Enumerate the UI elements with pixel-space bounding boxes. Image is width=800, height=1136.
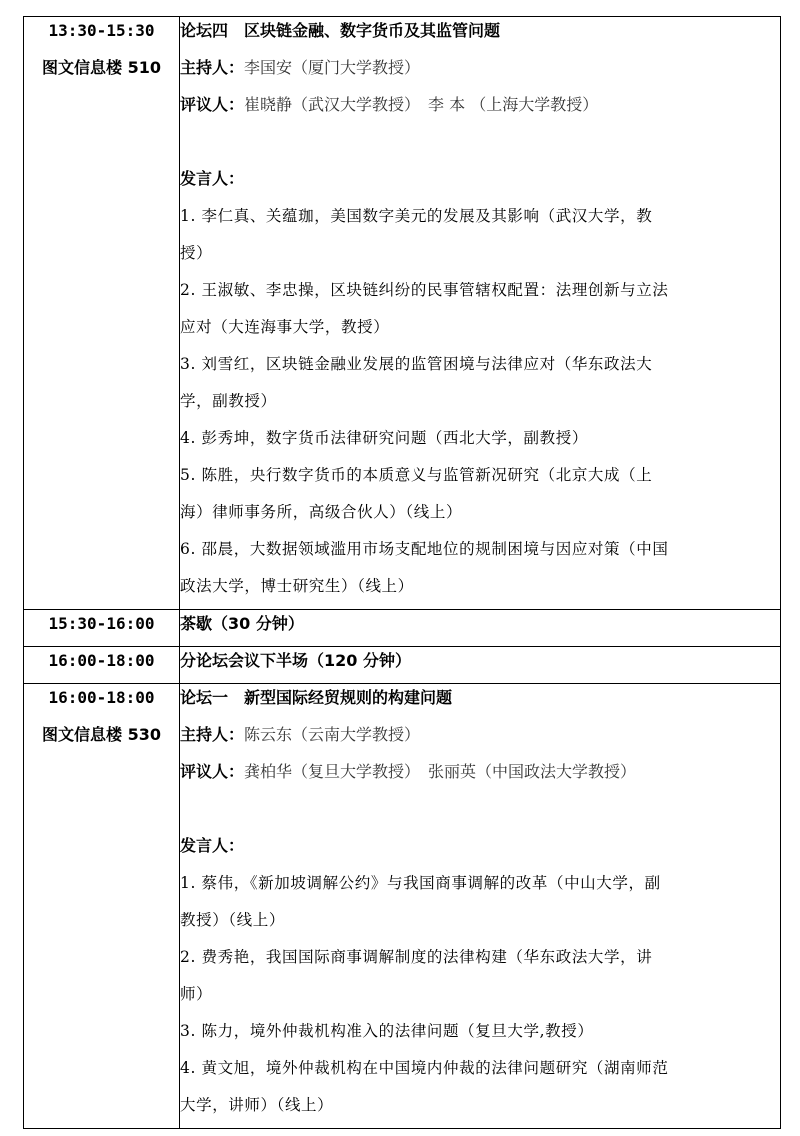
break-row-tea: 15:30-16:00 茶歇（30 分钟） bbox=[24, 610, 781, 647]
speaker-line: 3. 刘雪红，区块链金融业发展的监管困境与法律应对（华东政法大 bbox=[180, 350, 780, 387]
session-content-cell: 论坛一 新型国际经贸规则的构建问题 主持人：陈云东（云南大学教授） 评议人：龚柏… bbox=[180, 684, 781, 1129]
reviewer-names: 崔晓静（武汉大学教授） 李 本 （上海大学教授） bbox=[244, 95, 598, 114]
reviewer-line: 评议人：崔晓静（武汉大学教授） 李 本 （上海大学教授） bbox=[180, 91, 780, 128]
break-label-cell: 分论坛会议下半场（120 分钟） bbox=[180, 647, 781, 684]
speaker-line: 学，副教授） bbox=[180, 387, 780, 424]
session-time-cell: 13:30-15:30 图文信息楼 510 bbox=[24, 17, 180, 610]
conference-schedule-table: 13:30-15:30 图文信息楼 510 论坛四 区块链金融、数字货币及其监管… bbox=[23, 16, 781, 1129]
forum-title: 论坛一 新型国际经贸规则的构建问题 bbox=[180, 684, 780, 721]
host-label: 主持人： bbox=[180, 58, 244, 77]
break-time: 16:00-18:00 bbox=[24, 647, 179, 683]
speaker-line: 大学，讲师）（线上） bbox=[180, 1091, 780, 1128]
session-time-cell: 16:00-18:00 图文信息楼 530 bbox=[24, 684, 180, 1129]
host-line: 主持人：李国安（厦门大学教授） bbox=[180, 54, 780, 91]
speaker-line: 5. 陈胜，央行数字货币的本质意义与监管新况研究（北京大成（上 bbox=[180, 461, 780, 498]
break-time-cell: 16:00-18:00 bbox=[24, 647, 180, 684]
speaker-line: 4. 彭秀坤，数字货币法律研究问题（西北大学，副教授） bbox=[180, 424, 780, 461]
speakers-label: 发言人： bbox=[180, 832, 780, 869]
break-label: 分论坛会议下半场（120 分钟） bbox=[180, 647, 780, 683]
session-row-forum-1: 16:00-18:00 图文信息楼 530 论坛一 新型国际经贸规则的构建问题 … bbox=[24, 684, 781, 1129]
session-room: 图文信息楼 510 bbox=[24, 54, 179, 91]
speaker-line: 师） bbox=[180, 980, 780, 1017]
break-time: 15:30-16:00 bbox=[24, 610, 179, 646]
speaker-line: 授） bbox=[180, 239, 780, 276]
speakers-label: 发言人： bbox=[180, 165, 780, 202]
speaker-line: 2. 费秀艳，我国国际商事调解制度的法律构建（华东政法大学，讲 bbox=[180, 943, 780, 980]
break-row-second-half: 16:00-18:00 分论坛会议下半场（120 分钟） bbox=[24, 647, 781, 684]
break-label-cell: 茶歇（30 分钟） bbox=[180, 610, 781, 647]
forum-title: 论坛四 区块链金融、数字货币及其监管问题 bbox=[180, 17, 780, 54]
speaker-line: 6. 邵晨，大数据领域滥用市场支配地位的规制困境与因应对策（中国 bbox=[180, 535, 780, 572]
host-name: 李国安（厦门大学教授） bbox=[244, 58, 420, 77]
break-label: 茶歇（30 分钟） bbox=[180, 610, 780, 646]
reviewer-names: 龚柏华（复旦大学教授） 张丽英（中国政法大学教授） bbox=[244, 762, 636, 781]
reviewer-label: 评议人： bbox=[180, 95, 244, 114]
reviewer-line: 评议人：龚柏华（复旦大学教授） 张丽英（中国政法大学教授） bbox=[180, 758, 780, 795]
speaker-line: 政法大学，博士研究生）（线上） bbox=[180, 572, 780, 609]
session-time: 13:30-15:30 bbox=[24, 17, 179, 54]
session-time: 16:00-18:00 bbox=[24, 684, 179, 721]
break-time-cell: 15:30-16:00 bbox=[24, 610, 180, 647]
spacer bbox=[180, 128, 780, 165]
speaker-line: 1. 李仁真、关蕴珈，美国数字美元的发展及其影响（武汉大学，教 bbox=[180, 202, 780, 239]
speaker-line: 4. 黄文旭，境外仲裁机构在中国境内仲裁的法律问题研究（湖南师范 bbox=[180, 1054, 780, 1091]
speaker-line: 2. 王淑敏、李忠操，区块链纠纷的民事管辖权配置：法理创新与立法 bbox=[180, 276, 780, 313]
session-row-forum-4: 13:30-15:30 图文信息楼 510 论坛四 区块链金融、数字货币及其监管… bbox=[24, 17, 781, 610]
speaker-line: 教授）（线上） bbox=[180, 906, 780, 943]
spacer bbox=[180, 795, 780, 832]
host-line: 主持人：陈云东（云南大学教授） bbox=[180, 721, 780, 758]
speaker-line: 海）律师事务所，高级合伙人）（线上） bbox=[180, 498, 780, 535]
host-label: 主持人： bbox=[180, 725, 244, 744]
speaker-line: 1. 蔡伟，《新加坡调解公约》与我国商事调解的改革（中山大学，副 bbox=[180, 869, 780, 906]
session-content-cell: 论坛四 区块链金融、数字货币及其监管问题 主持人：李国安（厦门大学教授） 评议人… bbox=[180, 17, 781, 610]
speaker-line: 3. 陈力，境外仲裁机构准入的法律问题（复旦大学,教授） bbox=[180, 1017, 780, 1054]
session-room: 图文信息楼 530 bbox=[24, 721, 179, 758]
host-name: 陈云东（云南大学教授） bbox=[244, 725, 420, 744]
speaker-line: 应对（大连海事大学，教授） bbox=[180, 313, 780, 350]
reviewer-label: 评议人： bbox=[180, 762, 244, 781]
